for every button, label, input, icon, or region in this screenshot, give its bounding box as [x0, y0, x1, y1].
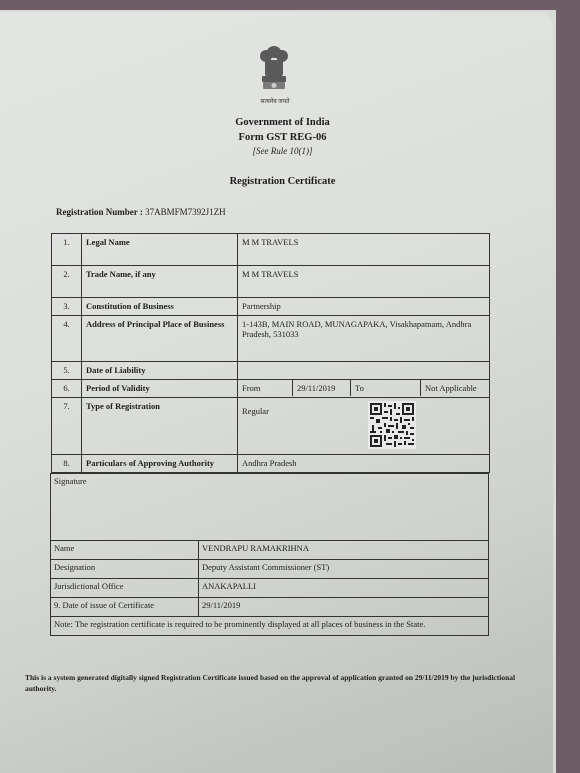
- table-row: Note: The registration certificate is re…: [51, 617, 489, 636]
- row-number: 7.: [52, 398, 82, 455]
- date-of-liability-value: [238, 362, 490, 380]
- row-label: Particulars of Approving Authority: [82, 455, 238, 473]
- row-number: 1.: [52, 234, 82, 266]
- validity-cell: From 29/11/2019 To Not Applicable: [238, 380, 490, 398]
- table-row: Jurisdictional Office ANAKAPALLI: [51, 579, 489, 598]
- registration-type-cell: Regular: [238, 398, 490, 455]
- validity-from-value: 29/11/2019: [293, 380, 351, 396]
- row-label: Type of Registration: [82, 398, 238, 455]
- table-row: 3. Constitution of Business Partnership: [52, 298, 490, 316]
- table-row: 7. Type of Registration Regular: [52, 398, 490, 455]
- signature-table: Signature Name VENDRAPU RAMAKRIHNA Desig…: [50, 473, 489, 636]
- registration-type-value: Regular: [242, 406, 269, 416]
- address-value: 1-143B, MAIN ROAD, MUNAGAPAKA, Visakhapa…: [238, 316, 490, 362]
- trade-name-value: M M TRAVELS: [238, 266, 490, 298]
- row-label: Constitution of Business: [82, 298, 238, 316]
- row-number: 5.: [52, 362, 82, 380]
- row-number: 4.: [52, 316, 82, 362]
- jurisdictional-office-value: ANAKAPALLI: [199, 579, 489, 598]
- system-generated-notice: This is a system generated digitally sig…: [25, 672, 525, 694]
- officer-name-value: VENDRAPU RAMAKRIHNA: [199, 541, 489, 560]
- table-row: 1. Legal Name M M TRAVELS: [52, 234, 490, 266]
- qr-code-icon: [368, 401, 416, 449]
- field-label: Designation: [51, 560, 199, 579]
- rule-reference: [See Rule 10(1)]: [6, 146, 559, 156]
- table-row: Designation Deputy Assistant Commissione…: [51, 560, 489, 579]
- row-number: 3.: [52, 298, 82, 316]
- approving-authority-value: Andhra Pradesh: [238, 455, 490, 473]
- table-row: 2. Trade Name, if any M M TRAVELS: [52, 266, 490, 298]
- table-row: 5. Date of Liability: [52, 362, 490, 380]
- row-label: Trade Name, if any: [82, 266, 238, 298]
- row-label: Address of Principal Place of Business: [82, 316, 238, 362]
- row-number: 6.: [52, 380, 82, 398]
- constitution-value: Partnership: [238, 298, 490, 316]
- registration-number: Registration Number : 37ABMFM7392J1ZH: [56, 207, 226, 217]
- field-label: Jurisdictional Office: [51, 579, 199, 598]
- table-row: 8. Particulars of Approving Authority An…: [52, 455, 490, 473]
- designation-value: Deputy Assistant Commissioner (ST): [199, 560, 489, 579]
- emblem-caption: सत्यमेव जयते: [250, 97, 300, 105]
- issue-date-value: 29/11/2019: [199, 598, 489, 617]
- government-heading: Government of India: [6, 117, 559, 128]
- row-label: Legal Name: [82, 234, 238, 266]
- certificate-page: सत्यमेव जयते Government of India Form GS…: [0, 12, 553, 773]
- field-label: 9. Date of issue of Certificate: [51, 598, 199, 617]
- registration-number-label: Registration Number :: [56, 207, 143, 217]
- registration-number-value: 37ABMFM7392J1ZH: [145, 207, 226, 217]
- table-row: Name VENDRAPU RAMAKRIHNA: [51, 541, 489, 560]
- signature-area: Signature: [51, 474, 489, 541]
- certificate-details-table: 1. Legal Name M M TRAVELS 2. Trade Name,…: [51, 233, 490, 473]
- national-emblem-icon: [256, 44, 292, 94]
- row-label: Date of Liability: [82, 362, 238, 380]
- form-heading: Form GST REG-06: [6, 132, 559, 143]
- row-number: 8.: [52, 455, 82, 473]
- row-label: Period of Validity: [82, 380, 238, 398]
- validity-to-label: To: [351, 380, 421, 396]
- row-number: 2.: [52, 266, 82, 298]
- table-row: 9. Date of issue of Certificate 29/11/20…: [51, 598, 489, 617]
- table-row: 4. Address of Principal Place of Busines…: [52, 316, 490, 362]
- table-row: 6. Period of Validity From 29/11/2019 To…: [52, 380, 490, 398]
- validity-to-value: Not Applicable: [421, 380, 489, 396]
- validity-from-label: From: [238, 380, 293, 396]
- signature-row: Signature: [51, 474, 489, 541]
- page-title: Registration Certificate: [6, 176, 559, 187]
- display-note: Note: The registration certificate is re…: [51, 617, 489, 636]
- legal-name-value: M M TRAVELS: [238, 234, 490, 266]
- field-label: Name: [51, 541, 199, 560]
